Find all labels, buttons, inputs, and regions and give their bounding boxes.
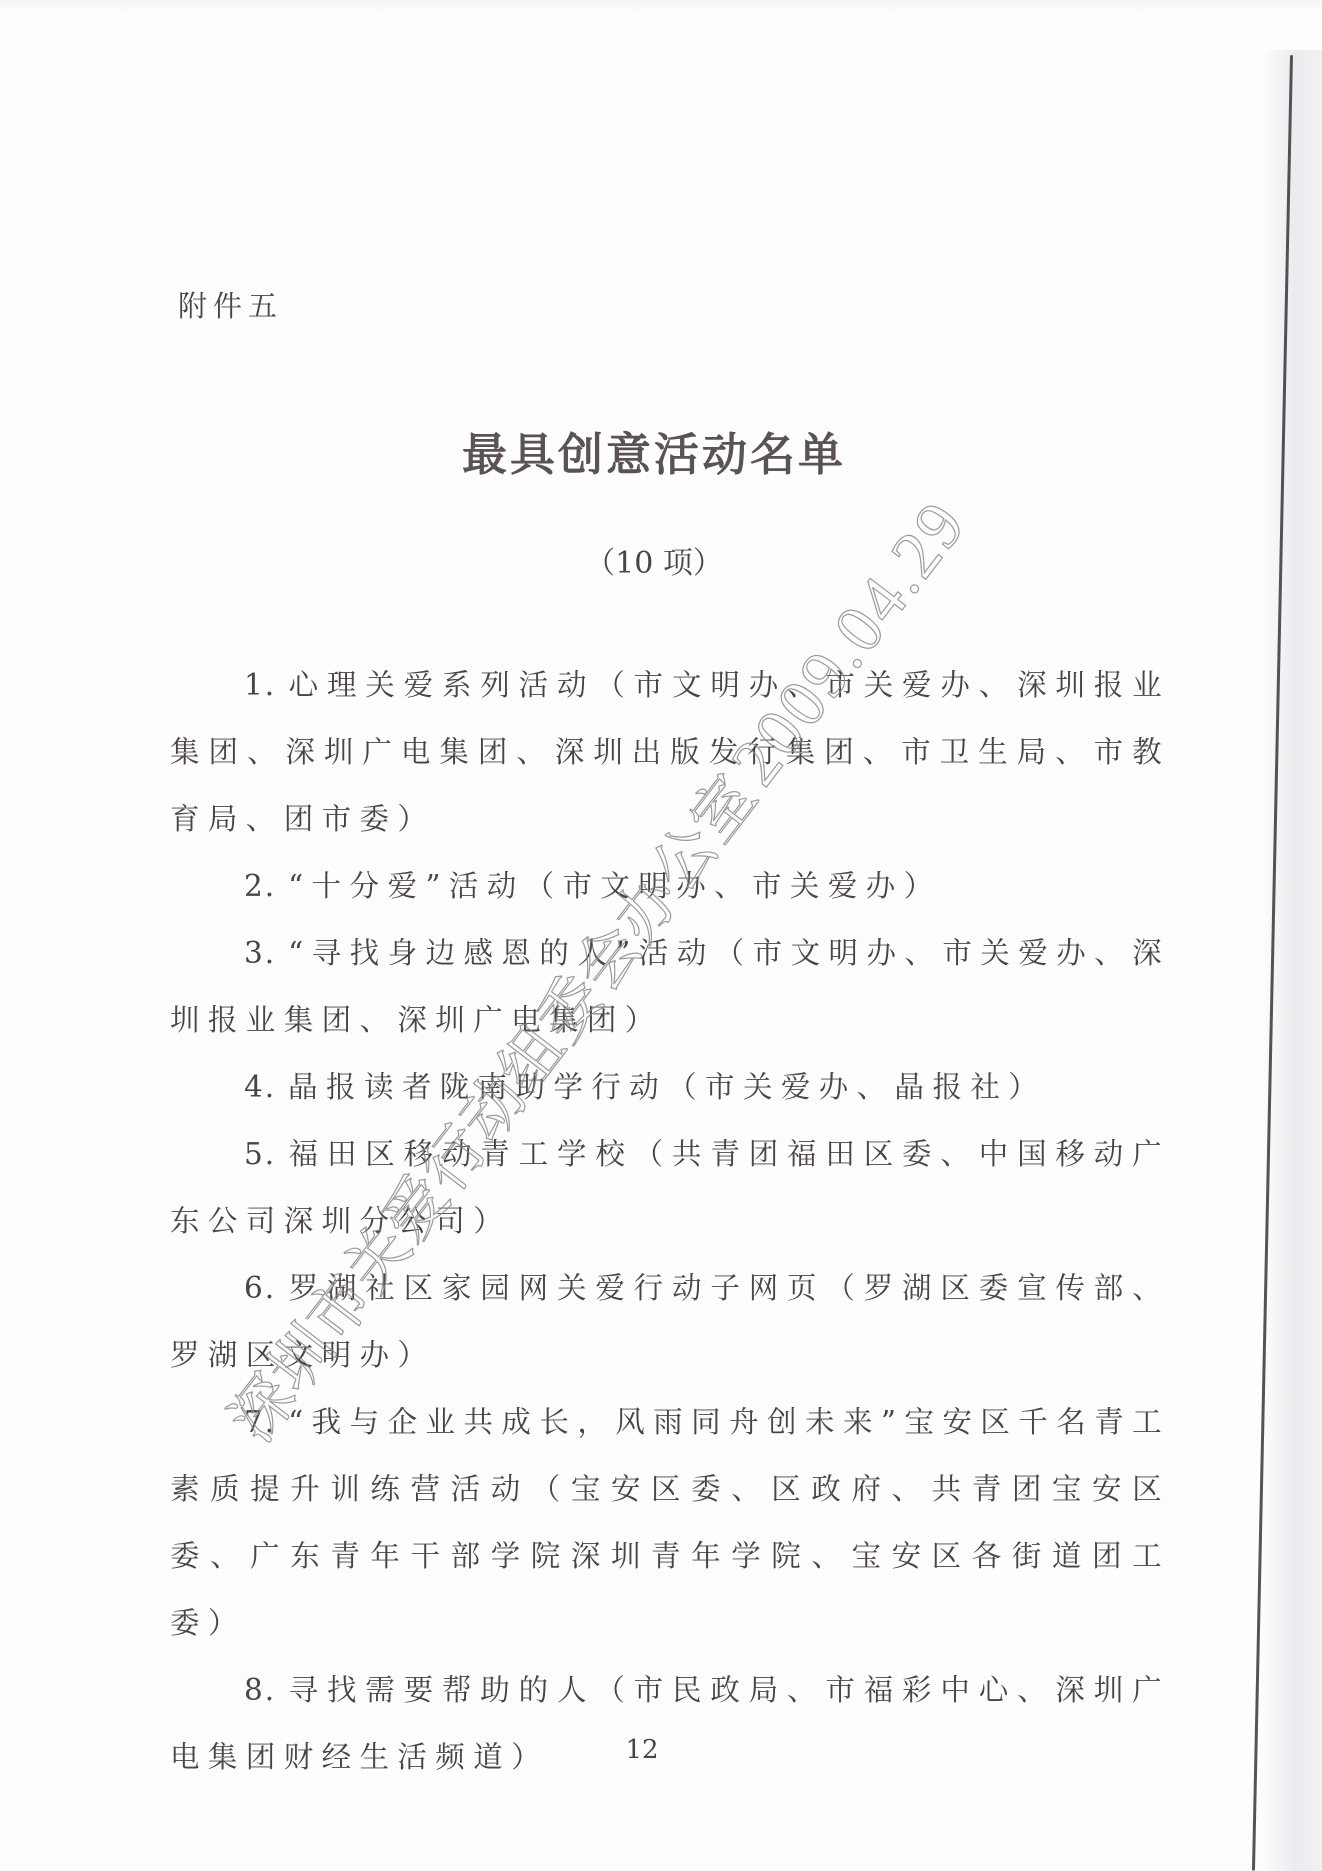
item-text: 罗湖社区家园网关爱行动子网页（罗湖区委宣传部、罗湖区文明办） (170, 1271, 1170, 1372)
list-item: 2.“十分爱”活动（市文明办、市关爱办） (170, 853, 1170, 920)
list-item: 4.晶报读者陇南助学行动（市关爱办、晶报社） (170, 1054, 1170, 1121)
item-number: 5. (244, 1137, 276, 1171)
item-number: 8. (244, 1673, 276, 1707)
item-text: 晶报读者陇南助学行动（市关爱办、晶报社） (288, 1070, 1046, 1104)
item-number: 1. (244, 668, 276, 702)
list-item: 3.“寻找身边感恩的人”活动（市文明办、市关爱办、深圳报业集团、深圳广电集团） (170, 920, 1170, 1054)
item-count: （10 项） (0, 538, 1322, 582)
scan-top-band (0, 0, 1322, 12)
item-number: 3. (244, 936, 276, 970)
item-text: “寻找身边感恩的人”活动（市文明办、市关爱办、深圳报业集团、深圳广电集团） (170, 936, 1170, 1037)
activity-list: 1.心理关爱系列活动（市文明办、市关爱办、深圳报业集团、深圳广电集团、深圳出版发… (170, 652, 1170, 1791)
attachment-label: 附件五 (178, 284, 283, 325)
page-number: 12 (0, 1735, 1322, 1765)
list-item: 7.“我与企业共成长，风雨同舟创未来”宝安区千名青工素质提升训练营活动（宝安区委… (170, 1389, 1170, 1657)
item-number: 4. (244, 1070, 276, 1104)
list-item: 6.罗湖社区家园网关爱行动子网页（罗湖区委宣传部、罗湖区文明办） (170, 1255, 1170, 1389)
item-number: 7. (244, 1405, 276, 1439)
document-title: 最具创意活动名单 (0, 418, 1322, 483)
list-item: 8.寻找需要帮助的人（市民政局、市福彩中心、深圳广电集团财经生活频道） (170, 1657, 1170, 1791)
item-text: 福田区移动青工学校（共青团福田区委、中国移动广东公司深圳分公司） (170, 1137, 1170, 1238)
item-text: “十分爱”活动（市文明办、市关爱办） (288, 869, 941, 903)
item-text: “我与企业共成长，风雨同舟创未来”宝安区千名青工素质提升训练营活动（宝安区委、区… (170, 1405, 1170, 1640)
item-number: 2. (244, 869, 276, 903)
list-item: 1.心理关爱系列活动（市文明办、市关爱办、深圳报业集团、深圳广电集团、深圳出版发… (170, 652, 1170, 853)
item-number: 6. (244, 1271, 276, 1305)
item-text: 心理关爱系列活动（市文明办、市关爱办、深圳报业集团、深圳广电集团、深圳出版发行集… (170, 668, 1170, 836)
list-item: 5.福田区移动青工学校（共青团福田区委、中国移动广东公司深圳分公司） (170, 1121, 1170, 1255)
